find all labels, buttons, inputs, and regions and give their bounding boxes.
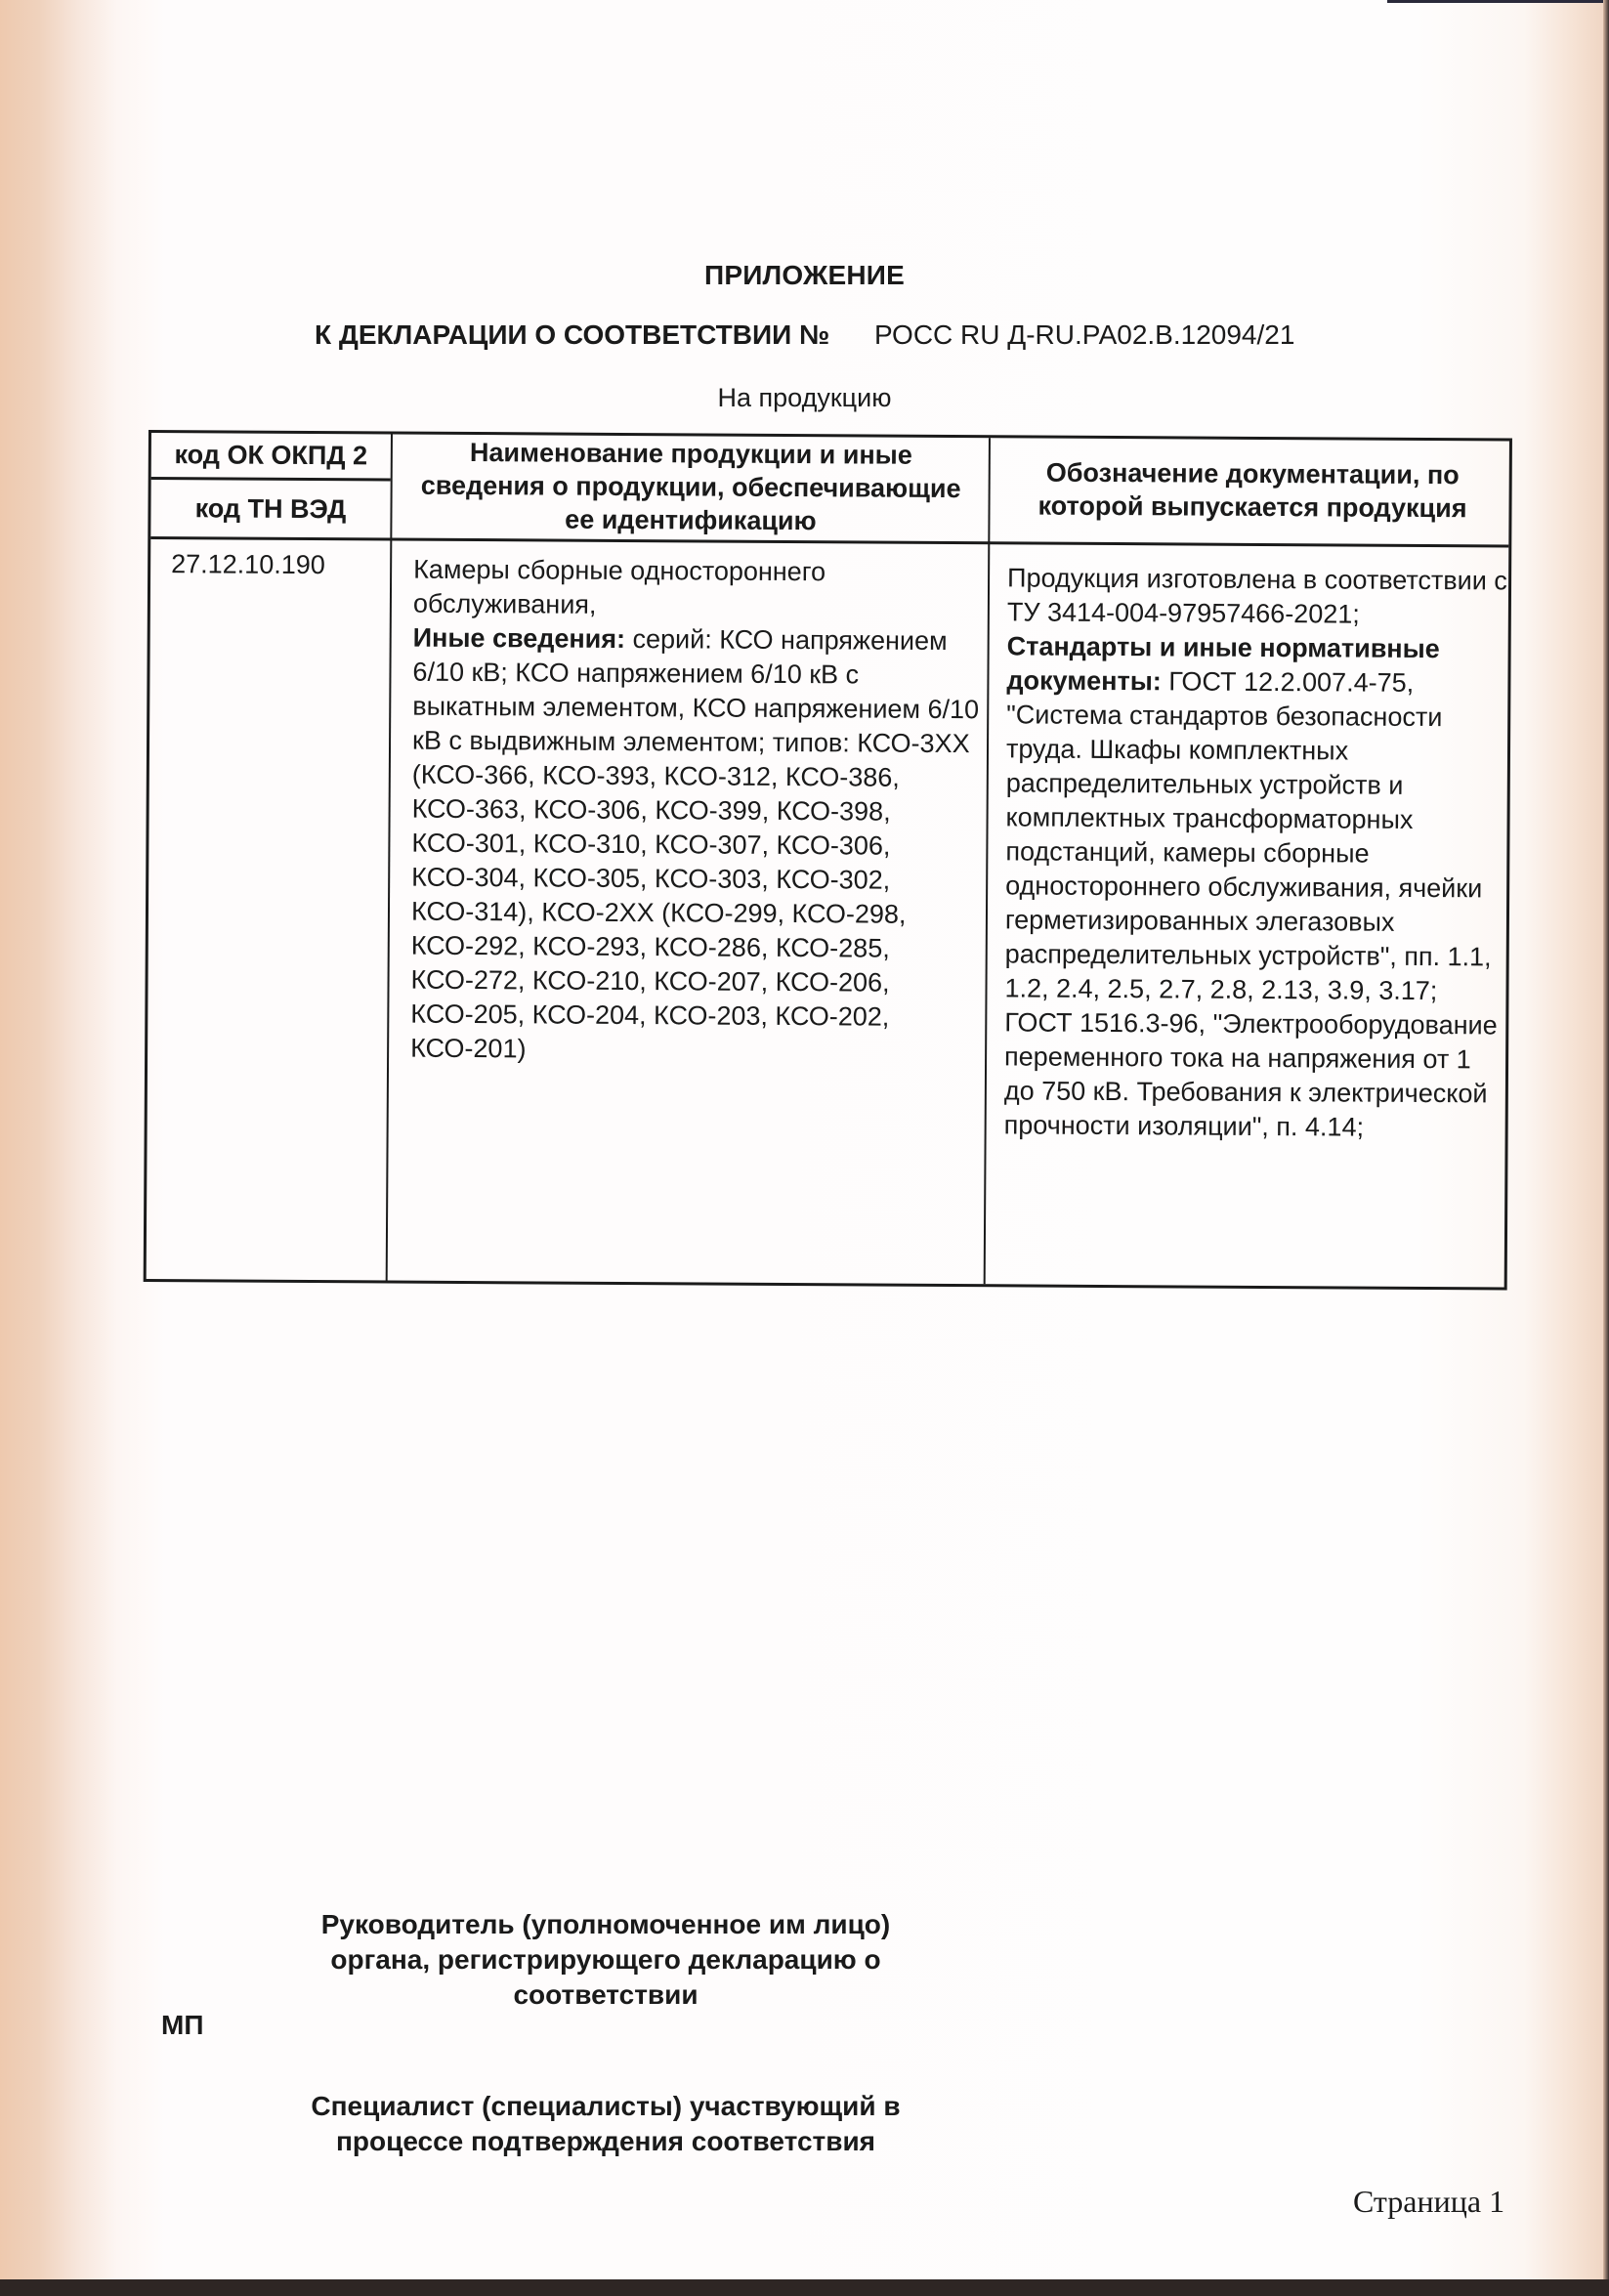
product-extra-label: Иные сведения: <box>413 623 626 654</box>
row-documentation: Продукция изготовлена в соответствии с Т… <box>1004 561 1508 1145</box>
row-product-name: Камеры сборные одностороннего обслуживан… <box>410 553 985 1070</box>
signature-specialist: Специалист (специалисты) участвующий в п… <box>274 2089 938 2159</box>
product-name-main: Камеры сборные одностороннего обслуживан… <box>413 555 826 619</box>
declaration-number: РОСС RU Д-RU.РА02.В.12094/21 <box>874 319 1294 350</box>
products-table: код ОК ОКПД 2 код ТН ВЭД Наименование пр… <box>144 430 1512 1291</box>
header-documentation: Обозначение документации, по которой вып… <box>1000 455 1503 525</box>
declaration-line: К ДЕКЛАРАЦИИ О СООТВЕТСТВИИ № РОСС RU Д-… <box>315 319 1294 351</box>
column-divider <box>386 435 393 1281</box>
docs-main: Продукция изготовлена в соответствии с Т… <box>1007 563 1507 628</box>
scan-edge-bottom <box>0 2279 1609 2296</box>
declaration-label: К ДЕКЛАРАЦИИ О СООТВЕТСТВИИ № <box>315 319 829 350</box>
document-title: ПРИЛОЖЕНИЕ <box>0 260 1609 291</box>
scan-edge-right <box>1603 0 1609 2296</box>
header-okpd: код ОК ОКПД 2 <box>151 435 391 478</box>
header-tnved: код ТН ВЭД <box>150 480 390 537</box>
stamp-label: МП <box>161 2010 203 2041</box>
header-product-name: Наименование продукции и иные сведения о… <box>404 436 977 539</box>
document-subtitle: На продукцию <box>0 383 1609 413</box>
row-code: 27.12.10.190 <box>171 547 386 582</box>
signature-head: Руководитель (уполномоченное им лицо) ор… <box>283 1907 928 2013</box>
header-divider <box>150 536 1508 547</box>
docs-standards-text: ГОСТ 12.2.007.4-75, "Система стандартов … <box>1004 666 1498 1141</box>
scan-edge-line <box>1387 0 1609 3</box>
product-extra-text: серий: КСО напряжением 6/10 кВ; КСО напр… <box>410 624 979 1063</box>
page-number: Страница 1 <box>1353 2184 1504 2220</box>
